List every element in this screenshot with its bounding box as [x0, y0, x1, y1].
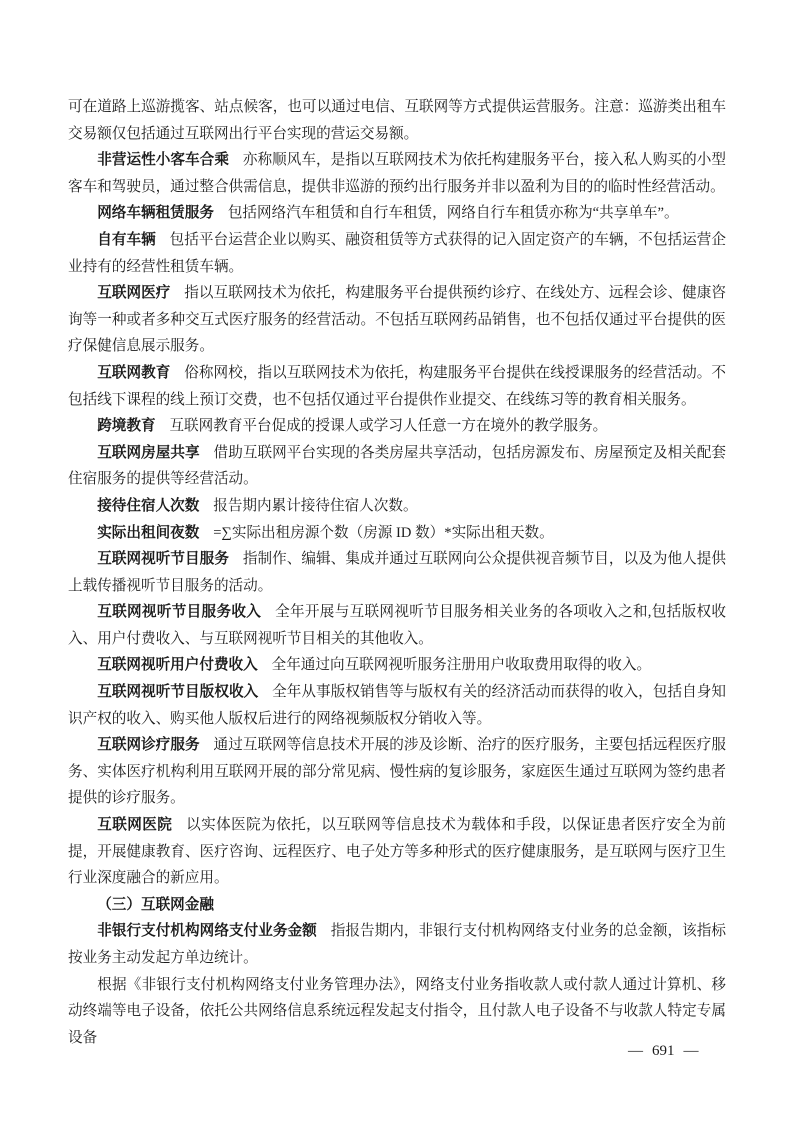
definition-paragraph: 网络车辆租赁服务包括网络汽车租赁和自行车租赁，网络自行车租赁亦称为“共享单车”。 — [68, 200, 726, 227]
term-label: 互联网视听用户付费收入 — [97, 657, 271, 673]
term-label: 互联网视听节目服务收入 — [97, 604, 275, 620]
paragraph-text: 根据《非银行支付机构网络支付业务管理办法》，网络支付业务指收款人或付款人通过计算… — [68, 977, 726, 1046]
definition-text: 报告期内累计接待住宿人次数。 — [213, 498, 417, 514]
definition-paragraph: 自有车辆包括平台运营企业以购买、融资租赁等方式获得的记入固定资产的车辆，不包括运… — [68, 227, 726, 280]
definition-text: 包括网络汽车租赁和自行车租赁，网络自行车租赁亦称为“共享单车”。 — [228, 205, 679, 221]
footer-dash-right: — — [684, 1040, 699, 1062]
section-heading-text: （三）互联网金融 — [97, 897, 214, 913]
definition-paragraph: 非银行支付机构网络支付业务金额指报告期内，非银行支付机构网络支付业务的总金额，该… — [68, 918, 726, 971]
term-label: 非银行支付机构网络支付业务金额 — [97, 923, 331, 939]
definition-paragraph: 互联网视听用户付费收入全年通过向互联网视听服务注册用户收取费用取得的收入。 — [68, 652, 726, 679]
term-label: 实际出租间夜数 — [97, 525, 213, 541]
definition-paragraph: 非营运性小客车合乘亦称顺风车，是指以互联网技术为依托构建服务平台，接入私人购买的… — [68, 147, 726, 200]
definition-paragraph: 互联网视听节目服务指制作、编辑、集成并通过互联网向公众提供视音频节目，以及为他人… — [68, 546, 726, 599]
definition-paragraph: 互联网诊疗服务通过互联网等信息技术开展的涉及诊断、治疗的医疗服务，主要包括远程医… — [68, 732, 726, 812]
term-label: 互联网诊疗服务 — [97, 737, 213, 753]
definition-paragraph: 互联网教育俗称网校，指以互联网技术为依托，构建服务平台提供在线授课服务的经营活动… — [68, 360, 726, 413]
document-body: 可在道路上巡游揽客、站点候客，也可以通过电信、互联网等方式提供运营服务。注意：巡… — [68, 94, 726, 1051]
definition-paragraph: 互联网医疗指以互联网技术为依托，构建服务平台提供预约诊疗、在线处方、远程会诊、健… — [68, 280, 726, 360]
definition-paragraph: 互联网视听节目服务收入全年开展与互联网视听节目服务相关业务的各项收入之和,包括版… — [68, 599, 726, 652]
definition-text: 全年通过向互联网视听服务注册用户收取费用取得的收入。 — [272, 657, 651, 673]
page-footer: — 691 — — [628, 1040, 699, 1062]
paragraph-continuation: 可在道路上巡游揽客、站点候客，也可以通过电信、互联网等方式提供运营服务。注意：巡… — [68, 94, 726, 147]
term-label: 接待住宿人次数 — [97, 498, 213, 514]
definition-paragraph: 互联网医院以实体医院为依托，以互联网等信息技术为载体和手段，以保证患者医疗安全为… — [68, 812, 726, 892]
definition-paragraph: 互联网视听节目版权收入全年从事版权销售等与版权有关的经济活动而获得的收入，包括自… — [68, 679, 726, 732]
term-label: 互联网视听节目版权收入 — [97, 684, 272, 700]
footer-dash-left: — — [628, 1040, 643, 1062]
document-page: 可在道路上巡游揽客、站点候客，也可以通过电信、互联网等方式提供运营服务。注意：巡… — [0, 0, 793, 1122]
page-number: 691 — [652, 1040, 675, 1062]
term-label: 互联网医院 — [97, 817, 186, 833]
term-label: 互联网教育 — [97, 365, 184, 381]
definition-text: =∑实际出租房源个数（房源 ID 数）*实际出租天数。 — [213, 525, 554, 541]
section-heading: （三）互联网金融 — [68, 892, 726, 919]
definition-paragraph: 接待住宿人次数报告期内累计接待住宿人次数。 — [68, 493, 726, 520]
term-label: 互联网视听节目服务 — [97, 551, 243, 567]
term-label: 自有车辆 — [97, 232, 169, 248]
definition-paragraph: 实际出租间夜数=∑实际出租房源个数（房源 ID 数）*实际出租天数。 — [68, 520, 726, 547]
term-label: 跨境教育 — [97, 418, 169, 434]
term-label: 互联网房屋共享 — [97, 445, 213, 461]
definition-text: 互联网教育平台促成的授课人或学习人任意一方在境外的教学服务。 — [169, 418, 607, 434]
paragraph-text: 可在道路上巡游揽客、站点候客，也可以通过电信、互联网等方式提供运营服务。注意：巡… — [68, 99, 726, 142]
definition-paragraph: 互联网房屋共享借助互联网平台实现的各类房屋共享活动，包括房源发布、房屋预定及相关… — [68, 440, 726, 493]
definition-paragraph: 跨境教育互联网教育平台促成的授课人或学习人任意一方在境外的教学服务。 — [68, 413, 726, 440]
term-label: 网络车辆租赁服务 — [97, 205, 228, 221]
term-label: 互联网医疗 — [97, 285, 184, 301]
term-label: 非营运性小客车合乘 — [97, 152, 243, 168]
